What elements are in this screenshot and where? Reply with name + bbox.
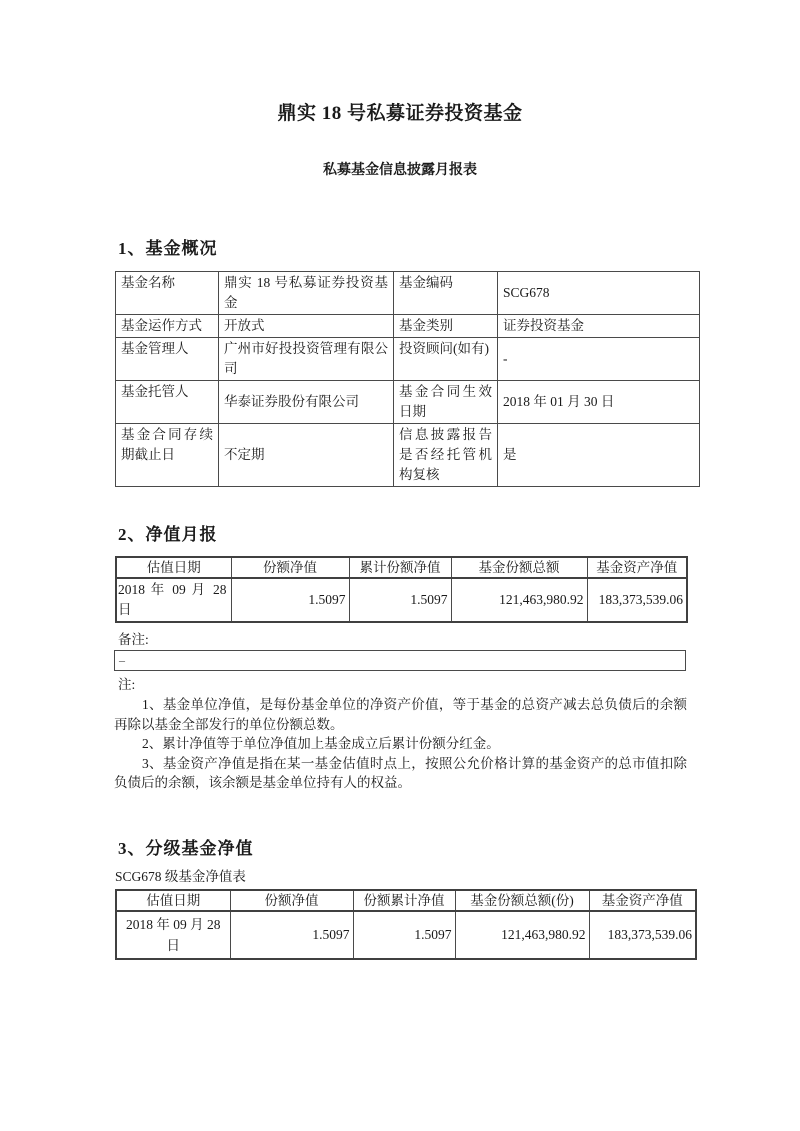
fund-name-label: 基金名称 [116,272,219,315]
fund-custodian-value: 华泰证券股份有限公司 [219,381,394,424]
subtable-caption: SCG678 级基金净值表 [115,868,800,885]
table-row: 基金名称 鼎实 18 号私募证券投资基金 基金编码 SCG678 [116,272,700,315]
total-shares-cell: 121,463,980.92 [455,911,589,959]
contract-expiry-value: 不定期 [219,424,394,487]
fund-manager-value: 广州市好投投资管理有限公司 [219,338,394,381]
column-header: 估值日期 [116,557,231,578]
investment-advisor-value: - [498,338,700,381]
notes-block: 1、基金单位净值，是每份基金单位的净资产价值，等于基金的总资产减去总负债后的余额… [114,695,687,793]
fund-name-value: 鼎实 18 号私募证券投资基金 [219,272,394,315]
column-header: 基金资产净值 [587,557,687,578]
document-subtitle: 私募基金信息披露月报表 [0,162,800,179]
section-2-heading: 2、净值月报 [118,525,800,545]
net-assets-cell: 183,373,539.06 [589,911,696,959]
tiered-nav-table: 估值日期 份额净值 份额累计净值 基金份额总额(份) 基金资产净值 2018 年… [115,889,697,960]
unit-nav-cell: 1.5097 [231,578,349,622]
table-row: 基金管理人 广州市好投投资管理有限公司 投资顾问(如有) - [116,338,700,381]
unit-nav-cell: 1.5097 [230,911,353,959]
nav-monthly-table: 估值日期 份额净值 累计份额净值 基金份额总额 基金资产净值 2018 年 09… [115,556,688,623]
contract-effective-date-value: 2018 年 01 月 30 日 [498,381,700,424]
total-shares-cell: 121,463,980.92 [451,578,587,622]
net-assets-cell: 183,373,539.06 [587,578,687,622]
table-row: 基金托管人 华泰证券股份有限公司 基金合同生效日期 2018 年 01 月 30… [116,381,700,424]
fund-type-value: 证券投资基金 [498,315,700,338]
fund-overview-table: 基金名称 鼎实 18 号私募证券投资基金 基金编码 SCG678 基金运作方式 … [115,271,700,487]
column-header: 估值日期 [116,890,230,911]
notes-label: 注: [118,676,800,693]
note-paragraph: 2、累计净值等于单位净值加上基金成立后累计份额分红金。 [114,734,687,754]
note-paragraph: 1、基金单位净值，是每份基金单位的净资产价值，等于基金的总资产减去总负债后的余额… [114,695,687,734]
fund-code-value: SCG678 [498,272,700,315]
fund-custodian-label: 基金托管人 [116,381,219,424]
table-row: 基金合同存续期截止日 不定期 信息披露报告是否经托管机构复核 是 [116,424,700,487]
table-row: 2018 年 09 月 28 日 1.5097 1.5097 121,463,9… [116,578,687,622]
column-header: 基金资产净值 [589,890,696,911]
table-row: 基金运作方式 开放式 基金类别 证券投资基金 [116,315,700,338]
custodian-review-label: 信息披露报告是否经托管机构复核 [394,424,498,487]
section-3-heading: 3、分级基金净值 [118,839,800,859]
fund-type-label: 基金类别 [394,315,498,338]
remark-label: 备注: [118,631,800,648]
column-header: 份额净值 [230,890,353,911]
cumulative-nav-cell: 1.5097 [349,578,451,622]
column-header: 累计份额净值 [349,557,451,578]
column-header: 基金份额总额(份) [455,890,589,911]
remark-box: – [114,650,686,671]
valuation-date-cell: 2018 年 09 月 28 日 [116,911,230,959]
custodian-review-value: 是 [498,424,700,487]
cumulative-nav-cell: 1.5097 [353,911,455,959]
valuation-date-cell: 2018 年 09 月 28 日 [116,578,231,622]
contract-effective-date-label: 基金合同生效日期 [394,381,498,424]
document-page: 鼎实 18 号私募证券投资基金 私募基金信息披露月报表 1、基金概况 基金名称 … [0,0,800,1131]
note-paragraph: 3、基金资产净值是指在某一基金估值时点上，按照公允价格计算的基金资产的总市值扣除… [114,754,687,793]
column-header: 基金份额总额 [451,557,587,578]
column-header: 份额累计净值 [353,890,455,911]
fund-code-label: 基金编码 [394,272,498,315]
table-header-row: 估值日期 份额净值 累计份额净值 基金份额总额 基金资产净值 [116,557,687,578]
operation-mode-label: 基金运作方式 [116,315,219,338]
table-row: 2018 年 09 月 28 日 1.5097 1.5097 121,463,9… [116,911,696,959]
section-1-heading: 1、基金概况 [118,239,800,259]
table-header-row: 估值日期 份额净值 份额累计净值 基金份额总额(份) 基金资产净值 [116,890,696,911]
document-title: 鼎实 18 号私募证券投资基金 [0,102,800,125]
fund-manager-label: 基金管理人 [116,338,219,381]
column-header: 份额净值 [231,557,349,578]
contract-expiry-label: 基金合同存续期截止日 [116,424,219,487]
investment-advisor-label: 投资顾问(如有) [394,338,498,381]
operation-mode-value: 开放式 [219,315,394,338]
